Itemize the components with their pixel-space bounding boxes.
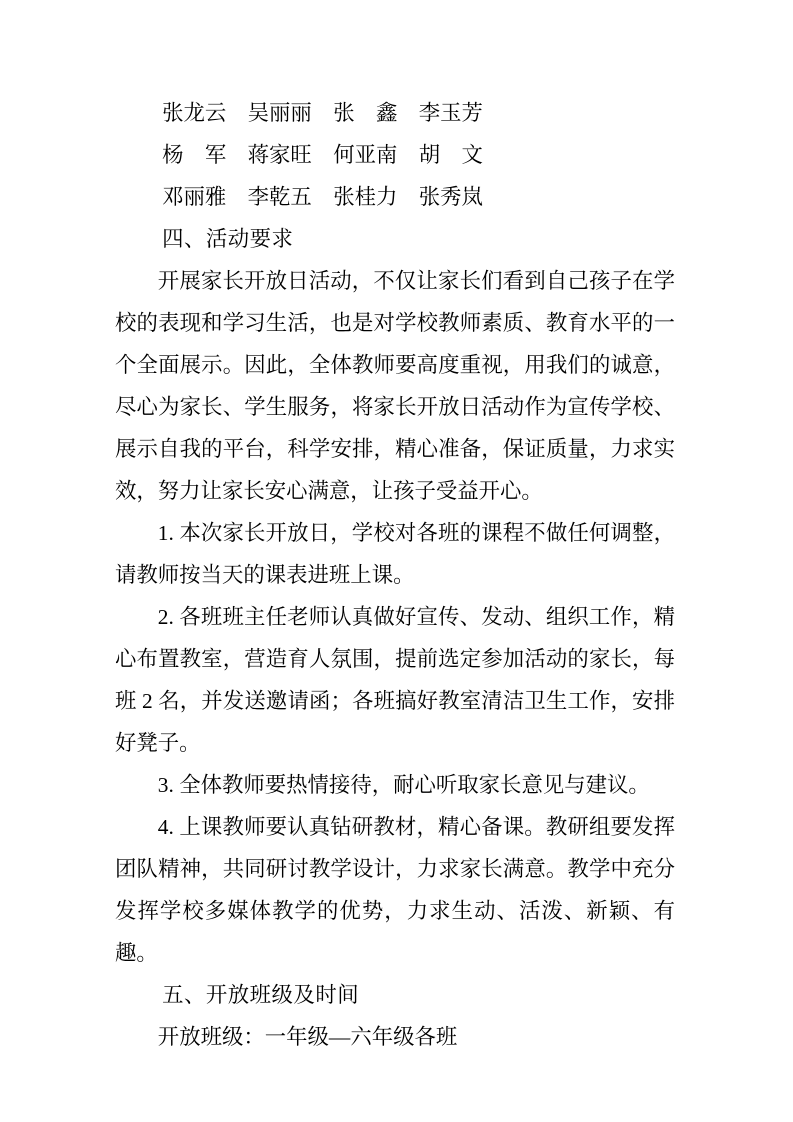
- paragraph-requirement-1: 1. 本次家长开放日，学校对各班的课程不做任何调整，请教师按当天的课表进班上课。: [115, 512, 675, 596]
- paragraph-requirement-4: 4. 上课教师要认真钻研教材，精心备课。教研组要发挥团队精神，共同研讨教学设计，…: [115, 806, 675, 974]
- teacher-names-row-1: 张龙云 吴丽丽 张 鑫 李玉芳: [115, 92, 675, 134]
- paragraph-activity-intro: 开展家长开放日活动，不仅让家长们看到自己孩子在学校的表现和学习生活，也是对学校教…: [115, 260, 675, 512]
- document-page: 张龙云 吴丽丽 张 鑫 李玉芳 杨 军 蒋家旺 何亚南 胡 文 邓丽雅 李乾五 …: [0, 0, 793, 1122]
- teacher-names-row-3: 邓丽雅 李乾五 张桂力 张秀岚: [115, 176, 675, 218]
- paragraph-requirement-3: 3. 全体教师要热情接待，耐心听取家长意见与建议。: [115, 764, 675, 806]
- paragraph-open-classes: 开放班级：一年级—六年级各班: [115, 1016, 675, 1058]
- teacher-names-row-2: 杨 军 蒋家旺 何亚南 胡 文: [115, 134, 675, 176]
- paragraph-requirement-2: 2. 各班班主任老师认真做好宣传、发动、组织工作，精心布置教室，营造育人氛围，提…: [115, 596, 675, 764]
- section-heading-activity-requirements: 四、活动要求: [115, 218, 675, 260]
- section-heading-open-classes-time: 五、开放班级及时间: [115, 974, 675, 1016]
